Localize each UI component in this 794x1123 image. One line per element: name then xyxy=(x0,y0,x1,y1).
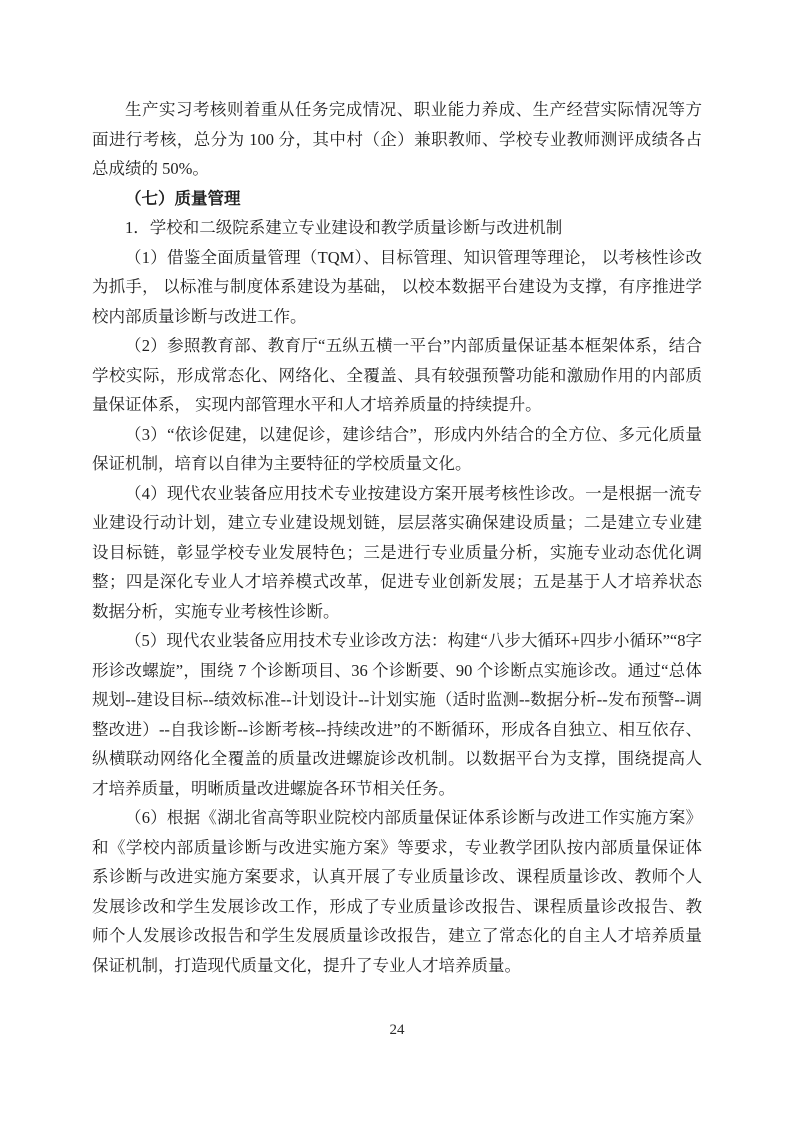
paragraph-item-6-implementation-plans: （6）根据《湖北省高等职业院校内部质量保证体系诊断与改进工作实施方案》和《学校内… xyxy=(92,803,702,980)
page-number: 24 xyxy=(0,1020,794,1040)
paragraph-item-4-assessment-diagnosis: （4）现代农业装备应用技术专业按建设方案开展考核性诊改。一是根据一流专业建设行动… xyxy=(92,479,702,627)
document-body: 生产实习考核则着重从任务完成情况、职业能力养成、生产经营实际情况等方面进行考核，… xyxy=(92,95,702,980)
subheading-diagnosis-improvement-mechanism: 1．学校和二级院系建立专业建设和教学质量诊断与改进机制 xyxy=(92,213,702,243)
paragraph-item-1-tqm-theory: （1）借鉴全面质量管理（TQM）、目标管理、知识管理等理论， 以考核性诊改为抓手… xyxy=(92,243,702,332)
paragraph-item-5-diagnosis-method: （5）现代农业装备应用技术专业诊改方法：构建“八步大循环+四步小循环”“8字形诊… xyxy=(92,626,702,803)
paragraph-item-3-quality-culture: （3）“依诊促建，以建促诊，建诊结合”，形成内外结合的全方位、多元化质量保证机制… xyxy=(92,420,702,479)
paragraph-item-2-framework-system: （2）参照教育部、教育厅“五纵五横一平台”内部质量保证基本框架体系，结合学校实际… xyxy=(92,331,702,420)
section-heading-quality-management: （七）质量管理 xyxy=(92,184,702,214)
paragraph-production-practice-assessment: 生产实习考核则着重从任务完成情况、职业能力养成、生产经营实际情况等方面进行考核，… xyxy=(92,95,702,184)
document-page: 生产实习考核则着重从任务完成情况、职业能力养成、生产经营实际情况等方面进行考核，… xyxy=(0,0,794,1123)
